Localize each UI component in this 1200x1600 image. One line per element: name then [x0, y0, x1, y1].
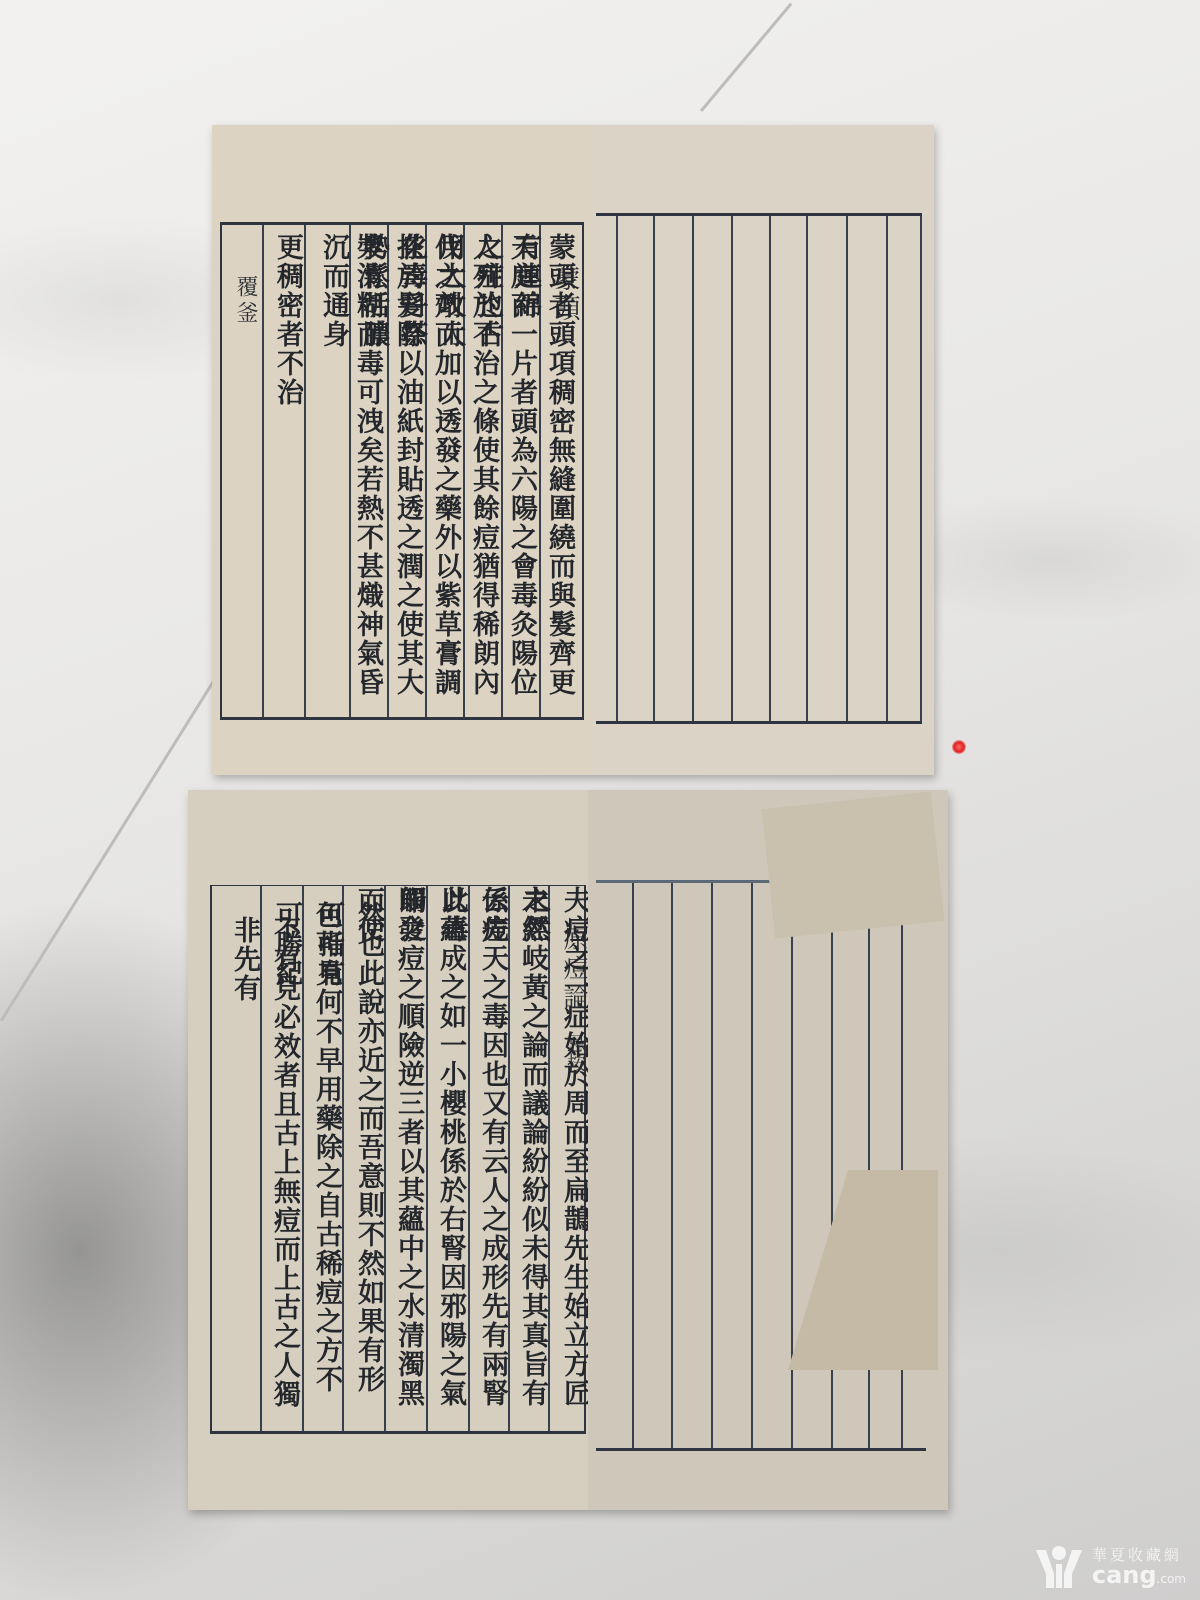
watermark-latin: cang: [1092, 1561, 1157, 1589]
cang-logo-icon: [1034, 1544, 1084, 1590]
printed-frame: 蒙頭 蒙頭者頭項稠密無縫圍繞而與髮齊更有連綿 天庭而一片者頭為六陽之會毒灸陽位之…: [220, 222, 584, 720]
lower-left-page: 原痘論 忌按 夫痘之一症始於周而至扁鵲先生始立方匠之然 未經岐黃之論而議論紛紛似…: [188, 790, 588, 1510]
watermark: 華夏收藏網 cang.com: [1034, 1544, 1186, 1590]
column-rule: [304, 225, 306, 717]
lower-right-page-torn: [588, 790, 948, 1510]
column-rule: [616, 216, 618, 721]
column-rule: [262, 225, 264, 717]
footer-label: 覆釜: [230, 275, 261, 327]
text-column: 更稠密者不治: [270, 233, 304, 713]
column-rule: [806, 216, 808, 721]
column-rule: [920, 216, 922, 721]
column-rule: [846, 216, 848, 721]
printed-frame: [596, 213, 922, 724]
text-column: 漿清糊而毒可洩矣若熱不甚熾神氣昏沉而通身: [316, 233, 384, 713]
lower-book: 原痘論 忌按 夫痘之一症始於周而至扁鵲先生始立方匠之然 未經岐黃之論而議論紛紛似…: [188, 790, 948, 1510]
column-rule: [653, 216, 655, 721]
column-rule: [632, 883, 634, 1448]
upper-left-page: 蒙頭 蒙頭者頭項稠密無縫圍繞而與髮齊更有連綿 天庭而一片者頭為六陽之會毒灸陽位之…: [212, 125, 592, 775]
watermark-url: cang.com: [1092, 1563, 1186, 1587]
torn-paper-patch: [762, 791, 945, 938]
column-rule: [711, 883, 713, 1448]
column-rule: [769, 216, 771, 721]
laser-reflection: [952, 740, 966, 754]
printed-frame: 原痘論 忌按 夫痘之一症始於周而至扁鵲先生始立方匠之然 未經岐黃之論而議論紛紛似…: [210, 885, 586, 1434]
column-rule: [751, 883, 753, 1448]
column-rule: [671, 883, 673, 1448]
column-rule: [731, 216, 733, 721]
column-rule: [692, 216, 694, 721]
upper-book: 蒙頭 蒙頭者頭項稠密無縫圍繞而與髮齊更有連綿 天庭而一片者頭為六陽之會毒灸陽位之…: [212, 125, 934, 775]
column-rule: [886, 216, 888, 721]
watermark-suffix: .com: [1157, 1572, 1186, 1586]
upper-right-page-blank: [592, 125, 934, 775]
text-column: 不有見必效者且古上無痘而上古之人獨非先有: [224, 916, 304, 1426]
